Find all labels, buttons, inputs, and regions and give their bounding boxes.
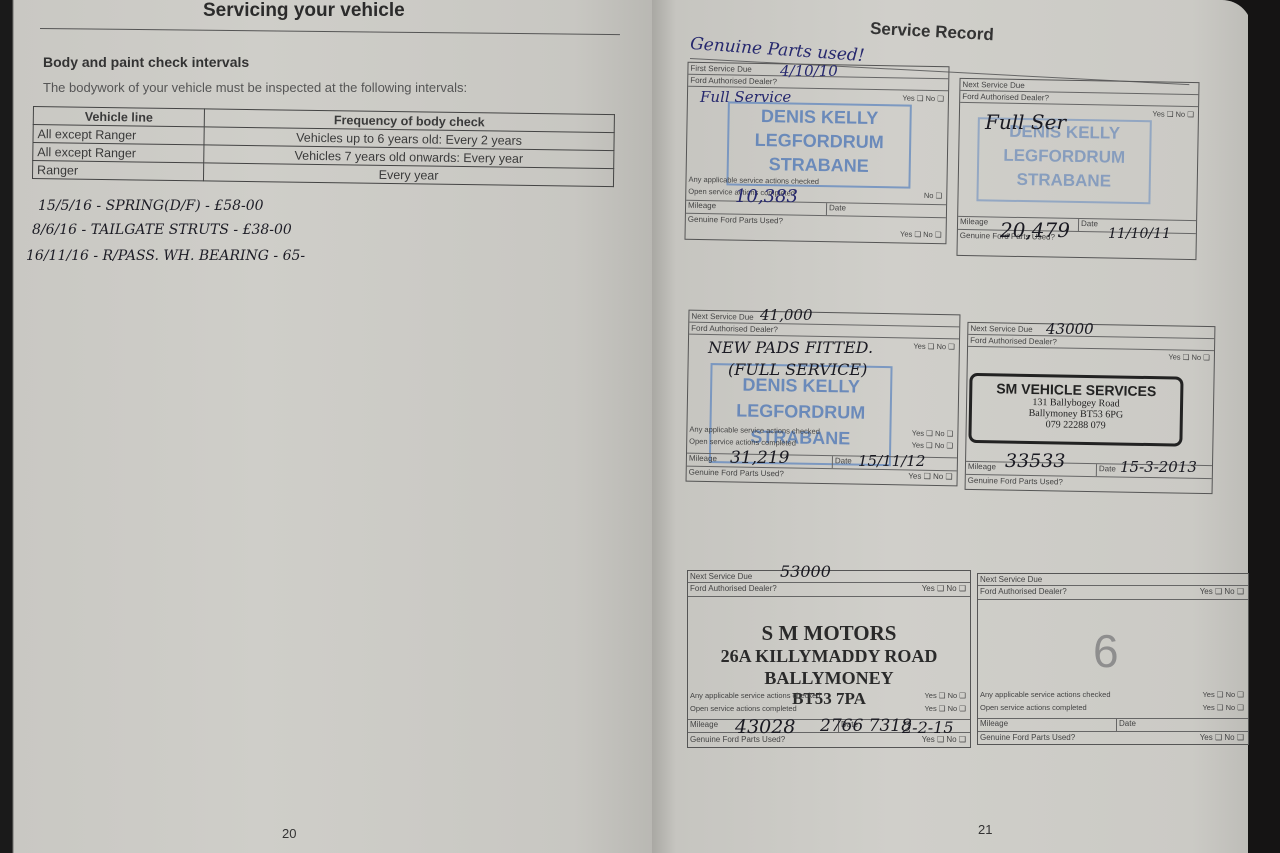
column-header: Vehicle line <box>33 107 204 127</box>
field-label: Ford Authorised Dealer? <box>690 76 777 87</box>
handwritten-note: Full Ser <box>985 110 1066 134</box>
field-label: First Service Due <box>690 64 752 74</box>
phone-number: 2766 7318 <box>820 716 912 736</box>
dealer-stamp: SM VEHICLE SERVICES 131 Ballybogey Road … <box>968 373 1183 447</box>
section-text: The bodywork of your vehicle must be ins… <box>43 80 467 95</box>
genuine-parts-row: Genuine Ford Parts Used?Yes ❑ No ❑ <box>978 732 1248 743</box>
section-title: Body and paint check intervals <box>43 54 249 70</box>
field-label: Mileage <box>687 454 717 464</box>
table-cell: All except Ranger <box>33 125 204 145</box>
date-value: 15-3-2013 <box>1120 458 1197 476</box>
mileage-value: 10,383 <box>735 186 798 207</box>
field-label: Ford Authorised Dealer? <box>962 92 1049 103</box>
yes-no-checkboxes[interactable]: Yes ❑ No ❑ <box>902 93 944 103</box>
left-page: Servicing your vehicle Body and paint ch… <box>0 0 652 853</box>
service-card-6: Next Service Due Ford Authorised Dealer?… <box>977 573 1249 745</box>
header-divider <box>40 28 620 35</box>
yes-no-checkboxes[interactable]: Yes ❑ No ❑ <box>1168 352 1210 362</box>
table-cell: All except Ranger <box>33 143 204 163</box>
next-service-value: 43000 <box>1046 320 1094 338</box>
handwritten-note: (FULL SERVICE) <box>728 360 867 379</box>
mileage-value: 20,479 <box>1000 218 1070 242</box>
handwritten-note: 8/6/16 - TAILGATE STRUTS - £38-00 <box>32 222 292 238</box>
field-label: Date <box>1078 219 1098 231</box>
actions-completed-row: Open service actions completedYes ❑ No ❑ <box>690 704 968 714</box>
mileage-row: Mileage Date <box>978 718 1248 732</box>
field-label: Date <box>826 203 846 215</box>
stamp-line: LEGFORDRUM <box>729 127 909 154</box>
field-label: Mileage <box>688 720 718 729</box>
handwritten-note: NEW PADS FITTED. <box>708 338 873 357</box>
intervals-table: Vehicle line Frequency of body check All… <box>32 106 615 187</box>
actions-checked-row: Any applicable service actions checkedYe… <box>690 691 968 701</box>
field-label: Date <box>1116 719 1136 731</box>
stamp-line: LEGFORDRUM <box>979 143 1149 170</box>
yes-no-checkboxes[interactable]: Yes ❑ No ❑ <box>913 342 955 352</box>
dealer-row: Ford Authorised Dealer?Yes ❑ No ❑ <box>688 583 970 597</box>
mileage-value: 33533 <box>1005 450 1065 472</box>
stamp-line: STRABANE <box>979 167 1149 194</box>
stamp-line: STRABANE <box>729 151 909 178</box>
field-label: Ford Authorised Dealer? <box>690 584 777 593</box>
page-number: 21 <box>978 822 992 837</box>
table-cell: Ranger <box>32 161 203 181</box>
date-value: 11/10/11 <box>1108 226 1171 242</box>
stamp-line: S M MOTORS <box>688 621 970 645</box>
actions-completed-row: Open service actions completedYes ❑ No ❑ <box>980 703 1246 713</box>
next-service-value: 53000 <box>780 562 831 581</box>
stamp-line: DENIS KELLY <box>729 103 909 130</box>
actions-checked-row: Any applicable service actions checkedYe… <box>980 690 1246 700</box>
field-label: Next Service Due <box>980 575 1042 584</box>
yes-no-checkboxes[interactable]: Yes ❑ No ❑ <box>1152 109 1194 119</box>
service-due-row: Next Service Due <box>978 574 1248 586</box>
stamp-line: 079 22288 079 <box>972 418 1180 433</box>
stamp-line: 26A KILLYMADDY ROAD <box>688 645 970 667</box>
field-label: Mileage <box>686 201 716 211</box>
field-label: Ford Authorised Dealer? <box>970 336 1057 347</box>
field-label: Next Service Due <box>970 324 1032 334</box>
page-number: 20 <box>282 826 296 841</box>
dealer-row: Ford Authorised Dealer?Yes ❑ No ❑ <box>978 586 1248 600</box>
field-label: Mileage <box>978 719 1008 728</box>
field-label: Mileage <box>958 217 988 227</box>
field-label: Ford Authorised Dealer? <box>980 587 1067 596</box>
field-label: Ford Authorised Dealer? <box>691 324 778 335</box>
background-edge <box>1248 0 1280 853</box>
date-value: 15/11/12 <box>858 452 925 470</box>
entry-number: 6 <box>1093 624 1119 678</box>
field-label: Next Service Due <box>962 80 1024 90</box>
handwritten-note: 15/5/16 - SPRING(D/F) - £58-00 <box>38 198 264 214</box>
date-value: 2-2-15 <box>902 718 954 737</box>
field-label: Mileage <box>966 462 996 472</box>
stamp-line: BALLYMONEY <box>688 667 970 689</box>
field-label: Date <box>1096 464 1116 476</box>
handwritten-note: 16/11/16 - R/PASS. WH. BEARING - 65- <box>26 248 305 264</box>
field-label: Next Service Due <box>690 572 752 581</box>
mileage-value: 43028 <box>735 716 795 738</box>
mileage-value: 31,219 <box>730 448 789 468</box>
handwritten-date: 4/10/10 <box>780 62 838 80</box>
stamp-line: LEGFORDRUM <box>712 397 890 426</box>
field-label: Date <box>832 456 852 468</box>
handwritten-note: Full Service <box>700 88 791 106</box>
actions-completed-row: Open service actions completedNo ❑ <box>688 187 944 201</box>
field-label: Next Service Due <box>691 312 753 322</box>
yes-no-checkboxes[interactable]: Yes ❑ No ❑ <box>900 229 942 239</box>
page-header: Servicing your vehicle <box>203 0 405 22</box>
next-service-value: 41,000 <box>760 306 813 324</box>
